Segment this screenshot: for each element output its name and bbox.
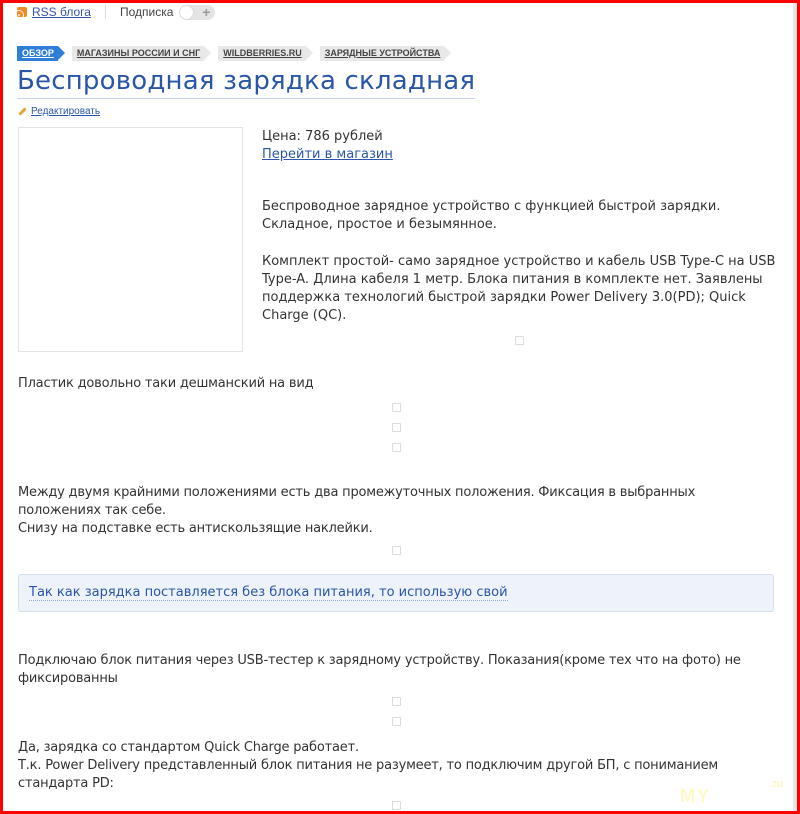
product-info: Цена: 786 рублей Перейти в магазин Беспр… <box>262 128 777 164</box>
intro-paragraph-1: Беспроводное зарядное устройство с функц… <box>262 198 777 234</box>
edit-link[interactable]: Редактировать <box>31 106 100 117</box>
breadcrumb-stores[interactable]: МАГАЗИНЫ РОССИИ И СНГ <box>72 46 204 61</box>
breadcrumb-label: МАГАЗИНЫ РОССИИ И СНГ <box>77 48 200 58</box>
breadcrumb-label: ЗАРЯДНЫЕ УСТРОЙСТВА <box>325 48 441 58</box>
paragraph-text: Подключаю блок питания через USB-тестер … <box>18 652 778 688</box>
paragraph-plastic: Пластик довольно таки дешманский на вид <box>18 375 778 393</box>
breadcrumb: ОБЗОР МАГАЗИНЫ РОССИИ И СНГ WILDBERRIES.… <box>17 46 458 61</box>
rss-link[interactable]: RSS блога <box>32 5 91 19</box>
paragraph-text: Снизу на подставке есть антискользящие н… <box>18 520 778 538</box>
intro-paragraph-2: Комплект простой- само зарядное устройст… <box>262 253 777 325</box>
plus-icon: + <box>202 4 210 20</box>
watermark-logo: MY <box>680 786 711 807</box>
image-placeholder-icon[interactable] <box>392 546 401 555</box>
quote-text: Так как зарядка поставляется без блока п… <box>29 585 508 601</box>
paragraph-positions: Между двумя крайними положениями есть дв… <box>18 484 778 538</box>
product-image[interactable] <box>18 127 243 352</box>
divider <box>105 5 106 19</box>
paragraph-text: Т.к. Power Delivery представленный блок … <box>18 757 778 793</box>
image-placeholder-icon[interactable] <box>392 801 401 810</box>
image-placeholder-icon[interactable] <box>392 443 401 452</box>
scrollbar[interactable] <box>793 3 797 811</box>
paragraph-text: Пластик довольно таки дешманский на вид <box>18 375 778 393</box>
image-placeholder-icon[interactable] <box>392 403 401 412</box>
breadcrumb-wildberries[interactable]: WILDBERRIES.RU <box>218 46 306 61</box>
pencil-icon <box>18 107 26 115</box>
breadcrumb-review[interactable]: ОБЗОР <box>17 46 58 61</box>
go-to-store-link[interactable]: Перейти в магазин <box>262 146 393 164</box>
top-bar: RSS блога Подписка + <box>17 4 215 20</box>
image-placeholder-icon[interactable] <box>392 697 401 706</box>
image-placeholder-icon[interactable] <box>392 423 401 432</box>
image-placeholder-icon[interactable] <box>392 717 401 726</box>
breadcrumb-label: WILDBERRIES.RU <box>223 48 302 58</box>
page-title: Беспроводная зарядка складная <box>17 64 475 99</box>
watermark-suffix: .ru <box>770 778 783 790</box>
paragraph-qc: Да, зарядка со стандартом Quick Charge р… <box>18 739 778 793</box>
breadcrumb-label: ОБЗОР <box>22 48 54 58</box>
subscribe-toggle[interactable]: + <box>179 5 215 20</box>
edit-link-row: Редактировать <box>18 106 100 117</box>
toggle-knob <box>180 6 193 19</box>
paragraph-text: Между двумя крайними положениями есть дв… <box>18 484 778 520</box>
subscribe-label: Подписка <box>120 5 173 19</box>
paragraph-tester: Подключаю блок питания через USB-тестер … <box>18 652 778 688</box>
rss-icon <box>17 7 27 17</box>
price: Цена: 786 рублей <box>262 128 777 146</box>
paragraph-text: Да, зарядка со стандартом Quick Charge р… <box>18 739 778 757</box>
image-placeholder-icon[interactable] <box>515 336 524 345</box>
quote-block: Так как зарядка поставляется без блока п… <box>18 574 774 612</box>
breadcrumb-chargers[interactable]: ЗАРЯДНЫЕ УСТРОЙСТВА <box>320 46 445 61</box>
